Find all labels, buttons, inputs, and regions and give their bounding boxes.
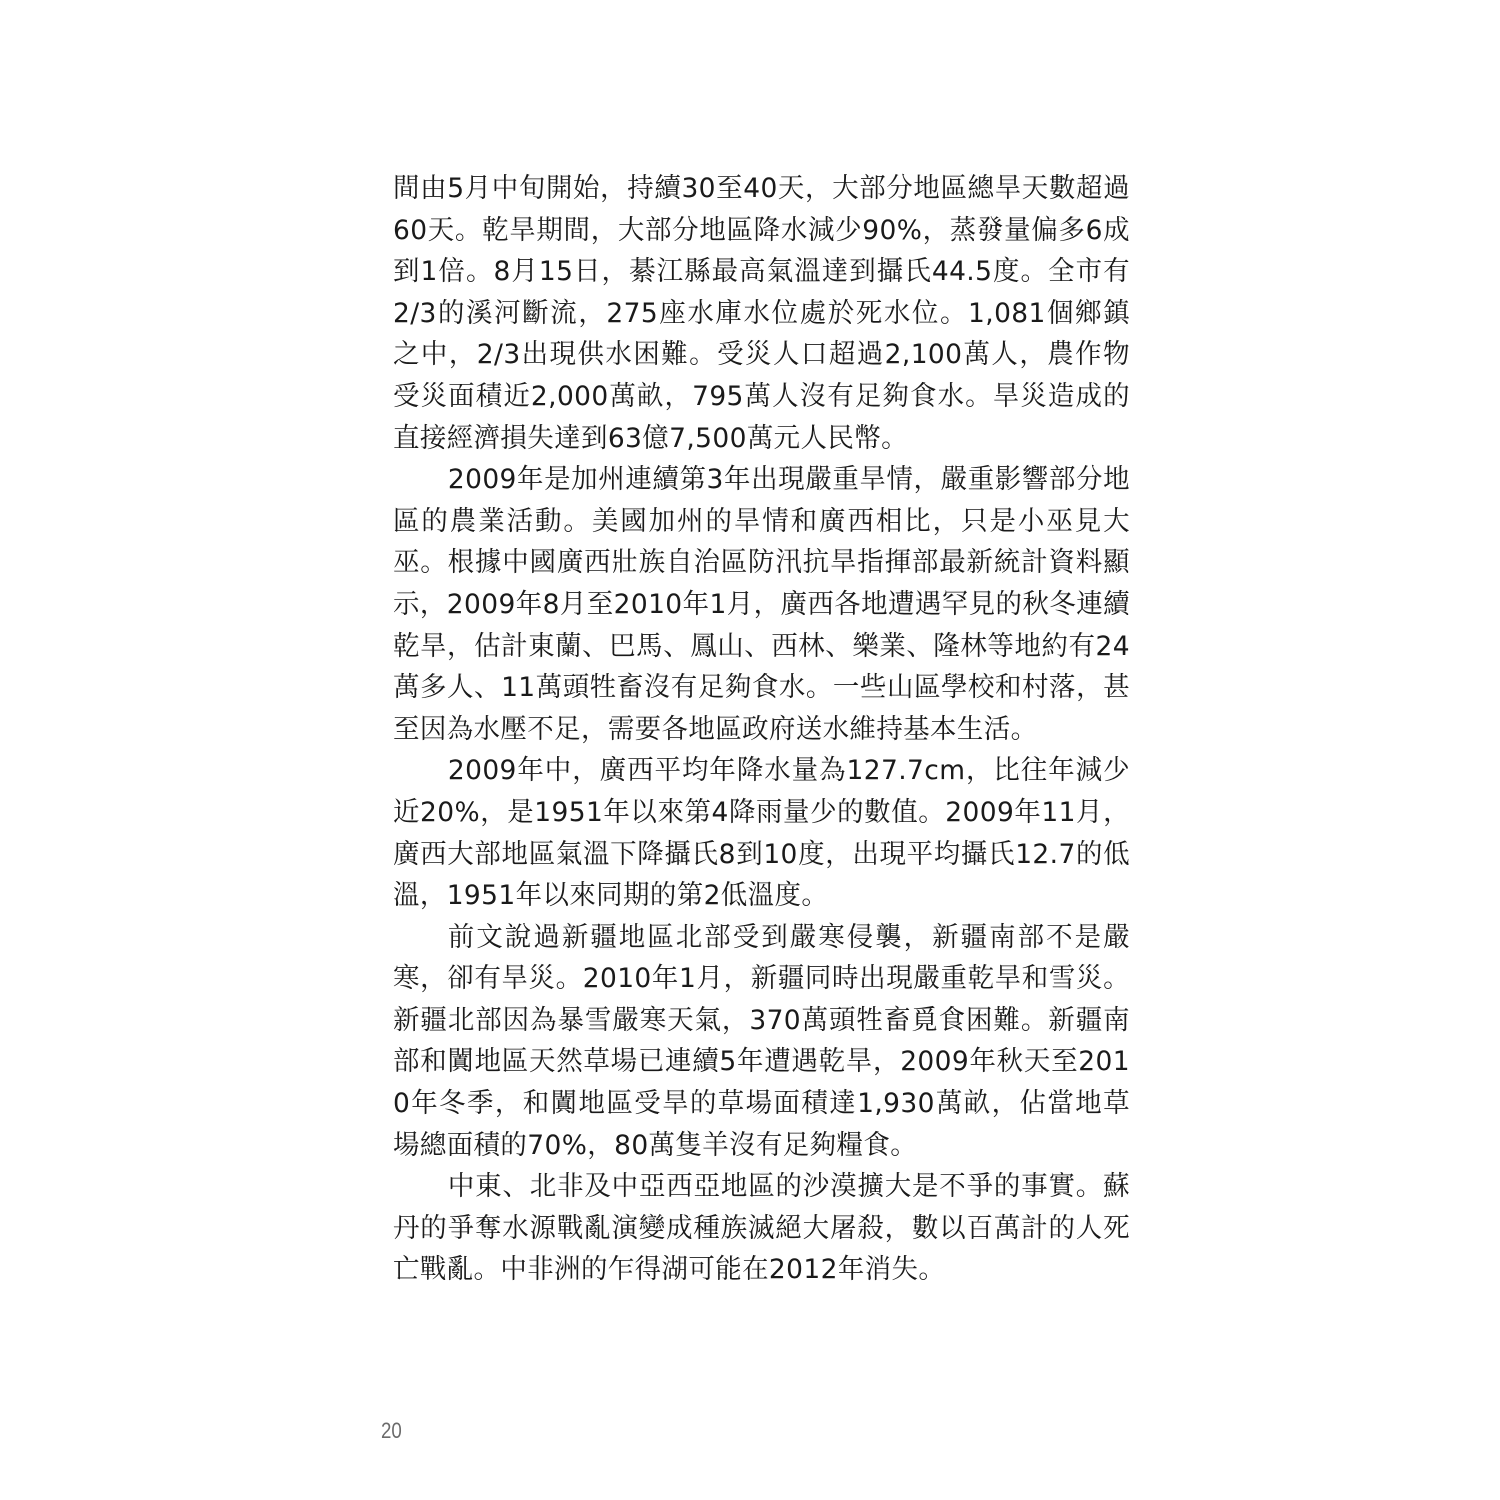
paragraph-chongqing-drought: 間由5月中旬開始，持續30至40天，大部分地區總旱天數超過60天。乾旱期間，大部…	[393, 168, 1130, 459]
paragraph-guangxi-rainfall: 2009年中，廣西平均年降水量為127.7cm，比往年減少近20%，是1951年…	[393, 750, 1130, 916]
paragraph-california-guangxi-drought: 2009年是加州連續第3年出現嚴重旱情，嚴重影響部分地區的農業活動。美國加州的旱…	[393, 459, 1130, 750]
page-number: 20	[381, 1418, 402, 1444]
paragraph-xinjiang-drought: 前文說過新疆地區北部受到嚴寒侵襲，新疆南部不是嚴寒，卻有旱災。2010年1月，新…	[393, 917, 1130, 1167]
paragraph-desertification: 中東、北非及中亞西亞地區的沙漠擴大是不爭的事實。蘇丹的爭奪水源戰亂演變成種族滅絕…	[393, 1166, 1130, 1291]
page-body: 間由5月中旬開始，持續30至40天，大部分地區總旱天數超過60天。乾旱期間，大部…	[393, 168, 1145, 1291]
